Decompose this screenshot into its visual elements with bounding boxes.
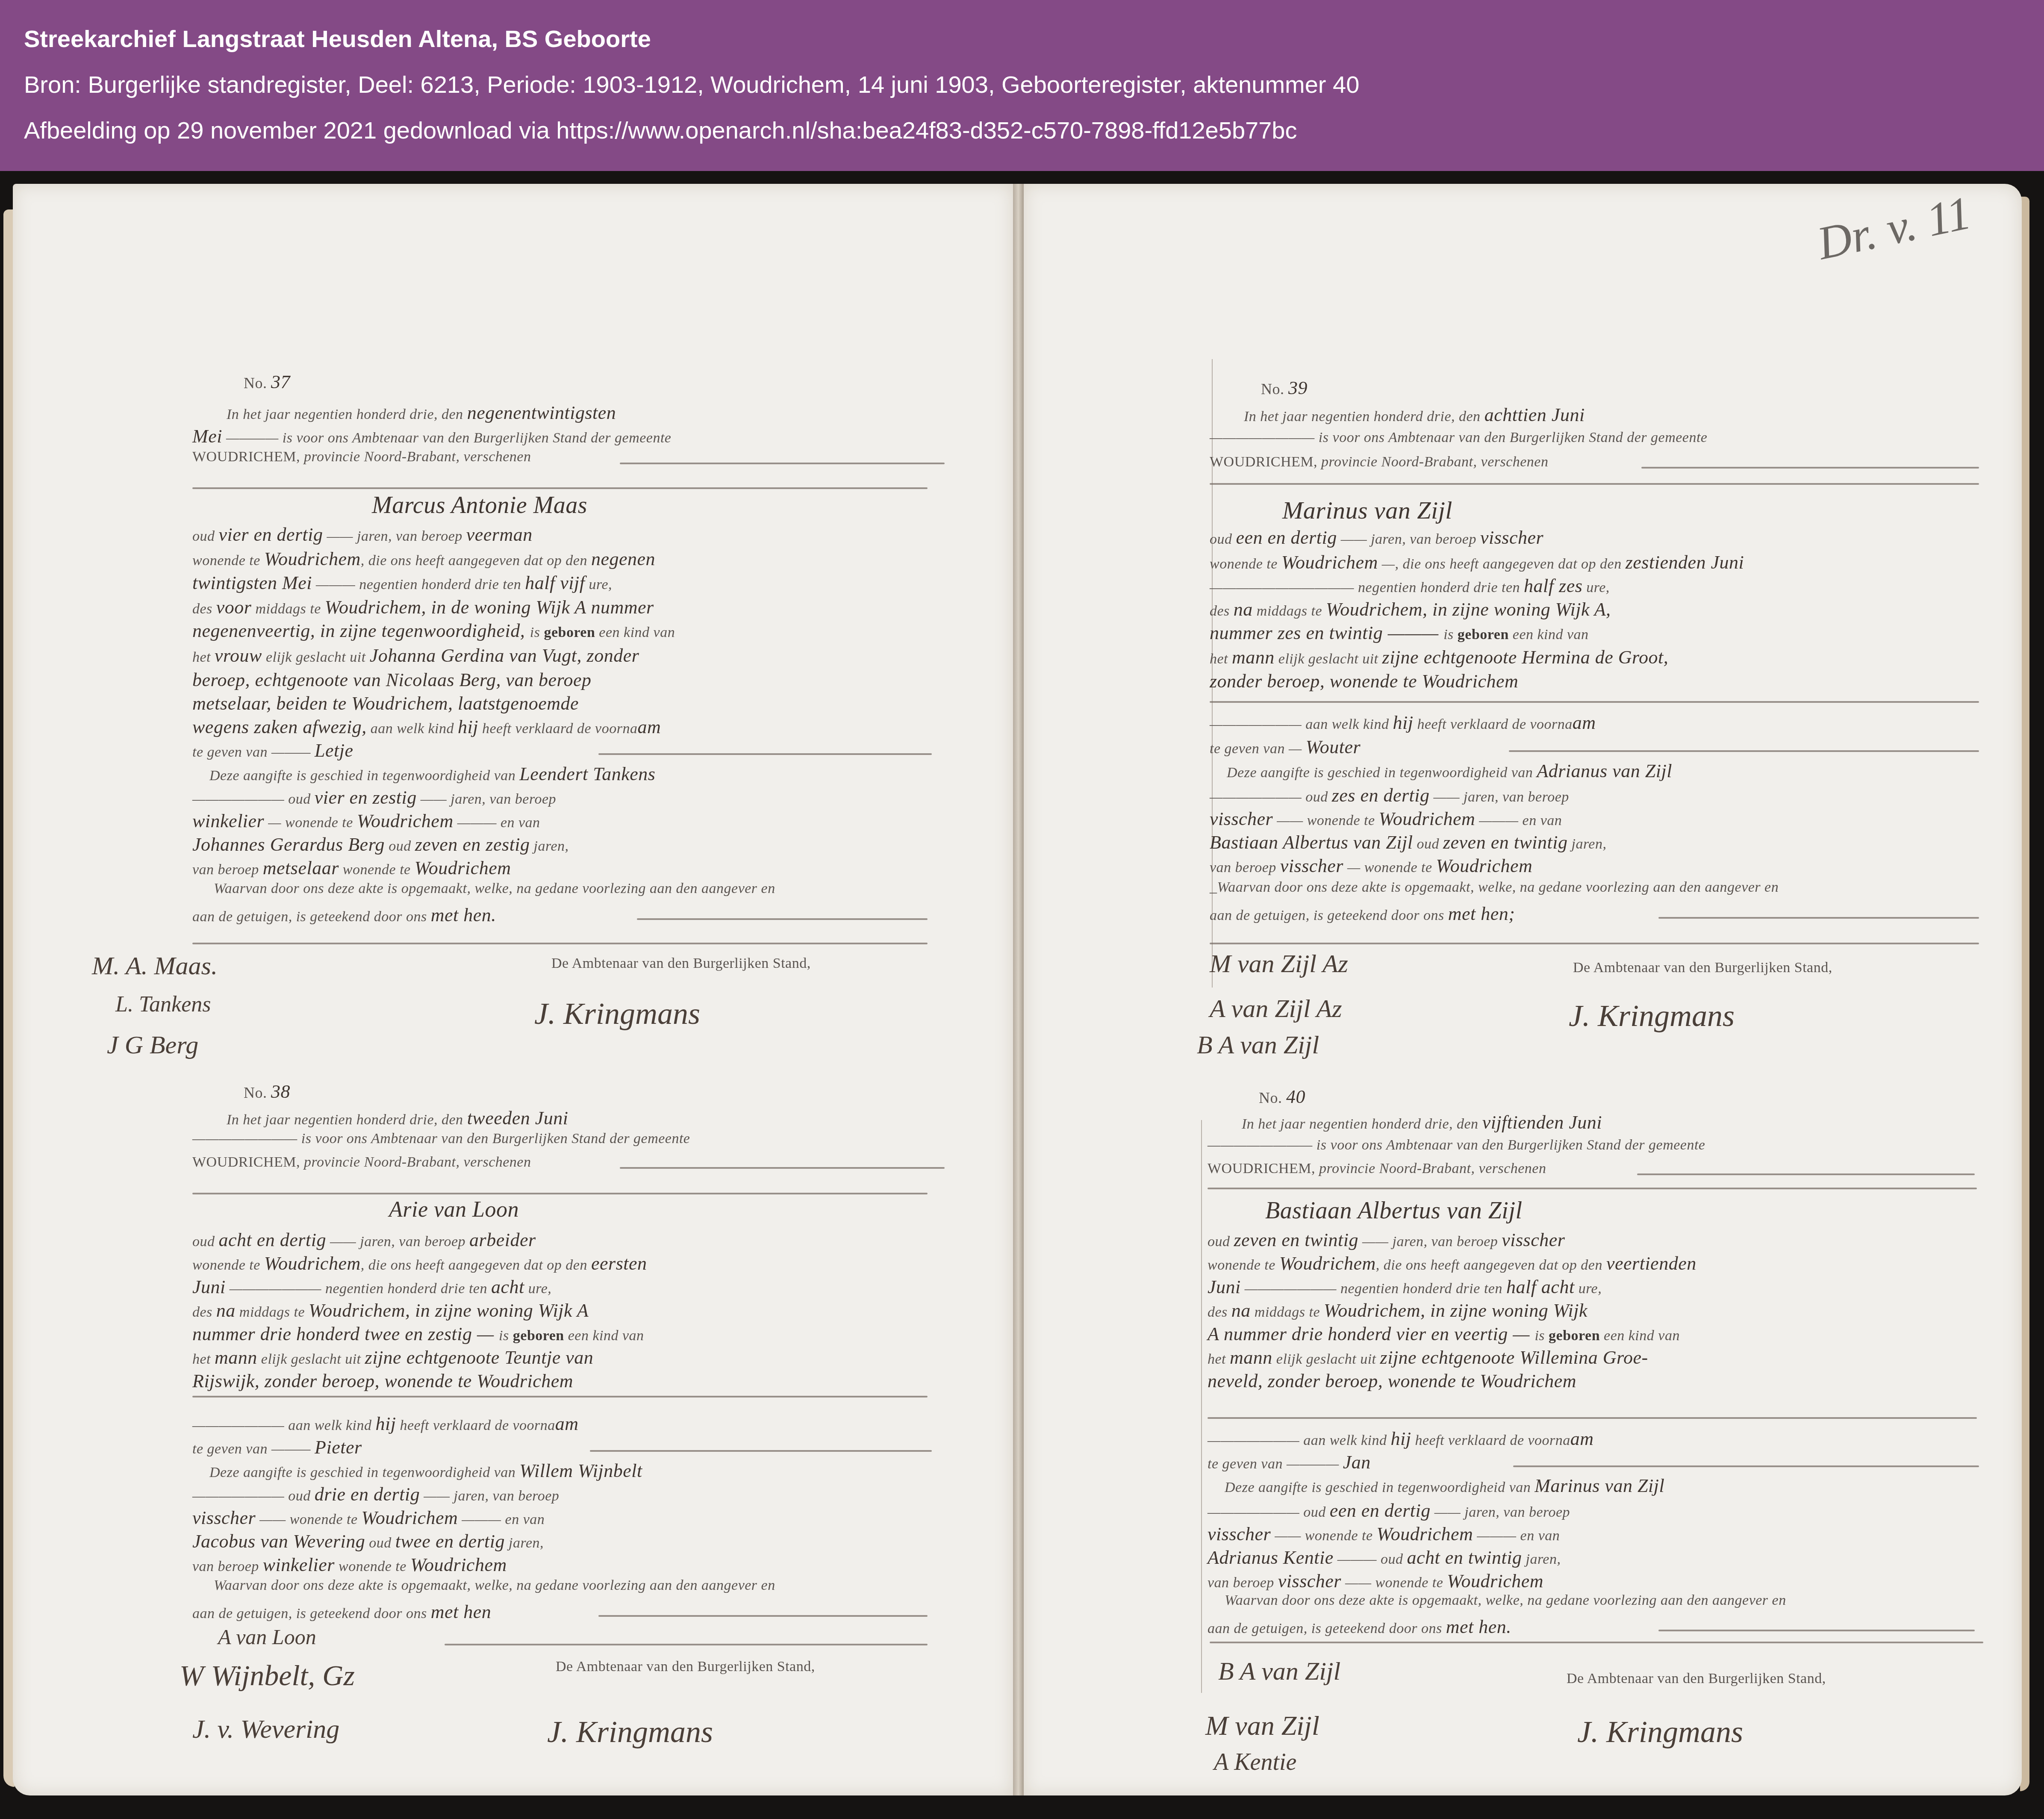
act-number-label: No. 38 <box>244 1081 290 1103</box>
act-number-label: No. 37 <box>244 371 290 393</box>
act-line-childname: te geven van — Wouter <box>1210 736 1361 758</box>
fill-rule <box>192 943 928 944</box>
fill-rule <box>598 1615 928 1617</box>
mother-line-2: zonder beroep, wonende te Woudrichem <box>1210 670 1518 692</box>
mother-line-3: metselaar, beiden te Woudrichem, laatstg… <box>192 693 579 714</box>
act-line-declared: ——————— aan welk kind hij heeft verklaar… <box>1210 712 1596 734</box>
act-number-label: No. 39 <box>1261 377 1308 399</box>
signature-official: J. Kringmans <box>1569 998 1735 1034</box>
act-line-birthdate: ——————————— negentien honderd drie ten h… <box>1210 575 1610 597</box>
signature-witness2: A Kentie <box>1214 1748 1296 1776</box>
act-line-signed: aan de getuigen, is geteekend door ons m… <box>192 904 496 926</box>
signature-declarant: M van Zijl Az <box>1210 949 1348 979</box>
official-title: De Ambtenaar van den Burgerlijken Stand, <box>551 955 811 972</box>
act-line-signed: aan de getuigen, is geteekend door ons m… <box>192 1601 491 1623</box>
act-line-closing: Waarvan door ons deze akte is opgemaakt,… <box>214 1577 775 1594</box>
act-line-place-2: nummer drie honderd twee en zestig — is … <box>192 1323 644 1345</box>
act-line-witness1-res: visscher —— wonende te Woudrichem ——— en… <box>192 1507 545 1529</box>
act-line-municipality: WOUDRICHEM, provincie Noord-Brabant, ver… <box>1210 454 1548 470</box>
act-line-age: oud acht en dertig —— jaren, van beroep … <box>192 1229 536 1251</box>
act-line-age: oud vier en dertig —— jaren, van beroep … <box>192 524 533 545</box>
act-line-birthdate: twintigsten Mei ——— negentien honderd dr… <box>192 572 612 594</box>
act-line-sex: het mann elijk geslacht uit zijne echtge… <box>1208 1347 1648 1368</box>
download-note: Afbeelding op 29 november 2021 gedownloa… <box>24 116 1297 144</box>
act-line-official: Mei ———— is voor ons Ambtenaar van den B… <box>192 425 671 447</box>
mother-line-2: Rijswijk, zonder beroep, wonende te Woud… <box>192 1370 573 1392</box>
act-line-witness2-res: van beroep visscher — wonende te Woudric… <box>1210 855 1532 877</box>
act-line-witness1-age: ——————— oud vier en zestig —— jaren, van… <box>192 787 556 808</box>
act-line-witness1: Deze aangifte is geschied in tegenwoordi… <box>209 763 655 785</box>
act-line-witness2: Jacobus van Wevering oud twee en dertig … <box>192 1530 544 1552</box>
act-line-residence: wonende te Woudrichem, die ons heeft aan… <box>1208 1253 1696 1274</box>
act-line-municipality: WOUDRICHEM, provincie Noord-Brabant, ver… <box>192 449 531 465</box>
act-line-childname: te geven van ——— Pieter <box>192 1436 362 1458</box>
child-name: Jan <box>1343 1452 1371 1473</box>
child-name: Pieter <box>315 1437 362 1458</box>
act-line-date: In het jaar negentien honderd drie, den … <box>227 1107 568 1129</box>
fill-rule <box>445 1644 928 1645</box>
signature-official: J. Kringmans <box>1577 1714 1743 1750</box>
act-line-witness1-age: ——————— oud zes en dertig —— jaren, van … <box>1210 784 1569 806</box>
signature-witness1: W Wijnbelt, Gz <box>180 1659 355 1692</box>
signature-witness1: A van Zijl Az <box>1210 994 1342 1023</box>
act-line-childname: te geven van ———— Jan <box>1208 1451 1371 1473</box>
fill-rule <box>598 753 932 755</box>
signature-witness2: J G Berg <box>107 1030 198 1060</box>
act-line-sex: het vrouw elijk geslacht uit Johanna Ger… <box>192 645 639 666</box>
act-line-witness1-res: winkelier — wonende te Woudrichem ——— en… <box>192 810 540 832</box>
fill-rule <box>192 487 928 489</box>
fill-rule <box>1641 467 1979 469</box>
act-number-label: No. 40 <box>1259 1086 1305 1108</box>
archive-title: Streekarchief Langstraat Heusden Altena,… <box>24 25 651 53</box>
act-line-sex: het mann elijk geslacht uit zijne echtge… <box>192 1347 593 1368</box>
signature-witness1: L. Tankens <box>115 992 211 1017</box>
act-line-municipality: WOUDRICHEM, provincie Noord-Brabant, ver… <box>192 1154 531 1170</box>
signature-witness2: J. v. Wevering <box>192 1714 339 1745</box>
fill-rule <box>1513 1465 1979 1467</box>
fill-rule <box>192 1193 928 1194</box>
fill-rule <box>1658 1630 1975 1631</box>
act-line-witness1-age: ——————— oud drie en dertig —— jaren, van… <box>192 1483 559 1505</box>
act-line-place-2: negenenveertig, in zijne tegenwoordighei… <box>192 620 675 642</box>
declarant-name: Marinus van Zijl <box>1282 496 1452 525</box>
official-title: De Ambtenaar van den Burgerlijken Stand, <box>556 1659 815 1675</box>
signature-declarant: B A van Zijl <box>1218 1657 1340 1686</box>
source-citation: Bron: Burgerlijke standregister, Deel: 6… <box>24 71 1359 98</box>
act-line-declared: ——————— aan welk kind hij heeft verklaar… <box>1208 1428 1594 1450</box>
mother-line-2: beroep, echtgenoote van Nicolaas Berg, v… <box>192 669 592 691</box>
fill-rule <box>1210 701 1979 703</box>
act-line-signed: aan de getuigen, is geteekend door ons m… <box>1208 1616 1511 1638</box>
fill-rule <box>1658 917 1979 919</box>
signature-witness1: M van Zijl <box>1205 1710 1319 1742</box>
act-line-signed: aan de getuigen, is geteekend door ons m… <box>1210 903 1515 925</box>
fill-rule <box>1208 1417 1977 1419</box>
act-line-place: des na middags te Woudrichem, in zijne w… <box>1210 598 1611 620</box>
act-line-witness1-age: ——————— oud een en dertig —— jaren, van … <box>1208 1500 1570 1521</box>
fill-rule <box>590 1450 932 1452</box>
act-line-witness2: Johannes Gerardus Berg oud zeven en zest… <box>192 834 569 855</box>
act-line-place-2: A nummer drie honderd vier en veertig — … <box>1208 1323 1680 1345</box>
act-line-date: In het jaar negentien honderd drie, den … <box>227 402 616 424</box>
fill-rule <box>192 1396 928 1397</box>
act-line-witness2: Bastiaan Albertus van Zijl oud zeven en … <box>1210 831 1606 853</box>
act-line-official: ———————— is voor ons Ambtenaar van den B… <box>192 1131 690 1147</box>
act-line-witness1: Deze aangifte is geschied in tegenwoordi… <box>1227 760 1672 782</box>
act-line-place: des na middags te Woudrichem, in zijne w… <box>192 1300 589 1321</box>
act-line-date: In het jaar negentien honderd drie, den … <box>1244 404 1585 426</box>
signature-declarant: A van Loon <box>218 1624 316 1649</box>
fill-rule <box>1637 1173 1975 1175</box>
fill-rule <box>1210 943 1979 944</box>
act-line-childname: te geven van ——— Letje <box>192 740 353 761</box>
act-line-witness1-res: visscher —— wonende te Woudrichem ——— en… <box>1208 1523 1560 1545</box>
act-line-closing: Waarvan door ons deze akte is opgemaakt,… <box>214 881 775 897</box>
declarant-name: Marcus Antonie Maas <box>372 492 587 519</box>
act-line-witness2: Adrianus Kentie ——— oud acht en twintig … <box>1208 1547 1561 1568</box>
archive-banner: Streekarchief Langstraat Heusden Altena,… <box>0 0 2044 171</box>
act-line-declared: wegens zaken afwezig, aan welk kind hij … <box>192 716 661 738</box>
fill-rule <box>637 918 928 920</box>
fill-rule <box>620 1167 945 1169</box>
fill-rule <box>620 463 945 464</box>
act-line-age: oud een en dertig —— jaren, van beroep v… <box>1210 527 1543 548</box>
act-line-witness2-res: van beroep visscher —— wonende te Woudri… <box>1208 1570 1543 1592</box>
act-line-birthdate: Juni ——————— negentien honderd drie ten … <box>1208 1276 1602 1298</box>
child-name: Wouter <box>1306 737 1361 758</box>
act-line-sex: het mann elijk geslacht uit zijne echtge… <box>1210 646 1668 668</box>
act-line-date: In het jaar negentien honderd drie, den … <box>1242 1111 1602 1133</box>
act-line-closing: Waarvan door ons deze akte is opgemaakt,… <box>1225 1592 1786 1609</box>
act-line-residence: wonende te Woudrichem, die ons heeft aan… <box>192 548 655 570</box>
book-spine <box>1013 184 1024 1795</box>
fill-rule <box>1210 483 1979 485</box>
act-line-witness2-res: van beroep metselaar wonende te Woudrich… <box>192 857 511 879</box>
act-line-witness1: Deze aangifte is geschied in tegenwoordi… <box>209 1460 642 1482</box>
declarant-name: Arie van Loon <box>389 1197 519 1222</box>
child-name: Letje <box>315 740 353 761</box>
act-line-birthdate: Juni ——————— negentien honderd drie ten … <box>192 1276 551 1298</box>
act-line-age: oud zeven en twintig —— jaren, van beroe… <box>1208 1229 1565 1251</box>
act-line-official: ———————— is voor ons Ambtenaar van den B… <box>1208 1137 1705 1153</box>
act-line-official: ———————— is voor ons Ambtenaar van den B… <box>1210 430 1707 446</box>
act-line-place-2: nummer zes en twintig ——— is geboren een… <box>1210 622 1589 644</box>
signature-official: J. Kringmans <box>534 996 700 1032</box>
act-line-residence: wonende te Woudrichem —, die ons heeft a… <box>1210 551 1744 573</box>
act-line-place: des voor middags te Woudrichem, in de wo… <box>192 596 654 618</box>
act-line-witness2-res: van beroep winkelier wonende te Woudrich… <box>192 1554 507 1576</box>
signature-official: J. Kringmans <box>547 1714 713 1750</box>
act-line-place: des na middags te Woudrichem, in zijne w… <box>1208 1300 1587 1321</box>
act-line-witness1-res: visscher —— wonende te Woudrichem ——— en… <box>1210 808 1562 830</box>
fill-rule <box>1509 750 1979 752</box>
act-line-closing: _Waarvan door ons deze akte is opgemaakt… <box>1210 879 1779 896</box>
act-line-declared: ——————— aan welk kind hij heeft verklaar… <box>192 1413 579 1435</box>
act-line-municipality: WOUDRICHEM, provincie Noord-Brabant, ver… <box>1208 1161 1546 1177</box>
act-line-witness1: Deze aangifte is geschied in tegenwoordi… <box>1225 1475 1664 1497</box>
fill-rule <box>1210 1642 1983 1643</box>
signature-declarant: M. A. Maas. <box>92 951 218 981</box>
margin-rule-act-40 <box>1201 1120 1202 1693</box>
official-title: De Ambtenaar van den Burgerlijken Stand, <box>1573 960 1832 976</box>
official-title: De Ambtenaar van den Burgerlijken Stand, <box>1567 1671 1826 1687</box>
signature-witness2: B A van Zijl <box>1197 1030 1319 1060</box>
fill-rule <box>1208 1188 1977 1189</box>
declarant-name: Bastiaan Albertus van Zijl <box>1265 1197 1523 1224</box>
act-line-residence: wonende te Woudrichem, die ons heeft aan… <box>192 1253 647 1274</box>
mother-line-2: neveld, zonder beroep, wonende te Woudri… <box>1208 1370 1576 1392</box>
